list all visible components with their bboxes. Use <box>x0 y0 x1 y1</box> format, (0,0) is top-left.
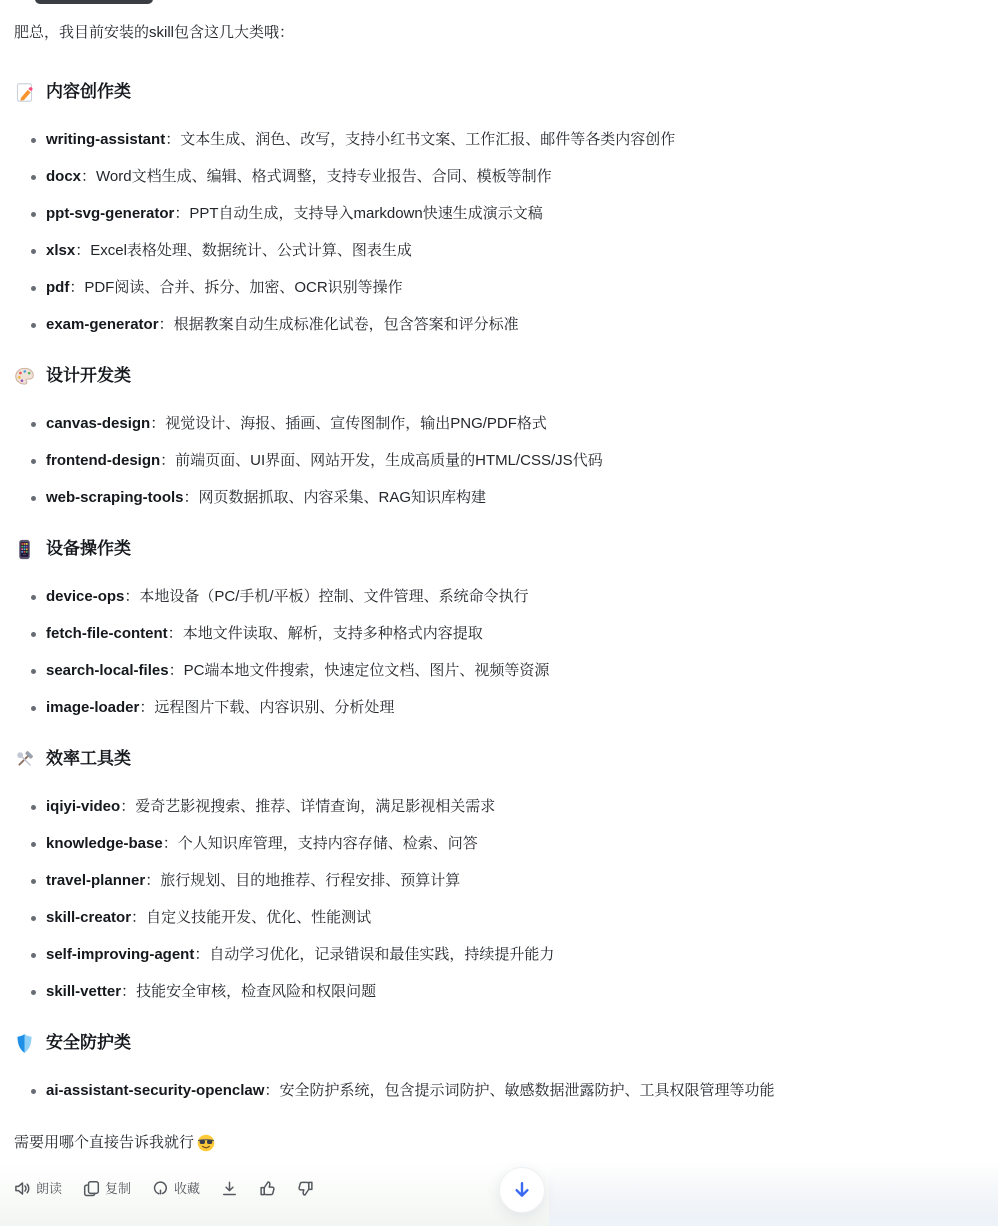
skill-description: PC端本地文件搜索，快速定位文档、图片、视频等资源 <box>184 662 550 679</box>
section-header: 效率工具类 <box>14 747 984 771</box>
skill-list-item: travel-planner：旅行规划、目的地推荐、行程安排、预算计算 <box>31 870 984 892</box>
skill-separator: ： <box>75 242 90 259</box>
copy-label: 复制 <box>105 1180 131 1197</box>
closing-text: 需要用哪个直接告诉我就行 <box>14 1132 984 1154</box>
skill-list-item: writing-assistant：文本生成、润色、改写，支持小红书文案、工作汇… <box>31 129 984 151</box>
skill-separator: ： <box>168 625 183 642</box>
skill-list-item: search-local-files：PC端本地文件搜索，快速定位文档、图片、视… <box>31 660 984 682</box>
palette-icon <box>14 366 35 387</box>
skill-name: frontend-design <box>46 452 160 469</box>
skill-list: writing-assistant：文本生成、润色、改写，支持小红书文案、工作汇… <box>14 129 984 336</box>
skill-description: 安全防护系统，包含提示词防护、敏感数据泄露防护、工具权限管理等功能 <box>279 1082 774 1099</box>
skill-description: 旅行规划、目的地推荐、行程安排、预算计算 <box>160 872 460 889</box>
skill-name: web-scraping-tools <box>46 489 184 506</box>
skill-name: canvas-design <box>46 415 150 432</box>
skill-name: self-improving-agent <box>46 946 194 963</box>
closing-text-span: 需要用哪个直接告诉我就行 <box>14 1132 194 1154</box>
thumbs-down-icon <box>297 1180 314 1197</box>
assistant-message: 肥总，我目前安装的skill包含这几大类哦： 内容创作类 writing-ass… <box>0 0 998 1154</box>
skill-name: knowledge-base <box>46 835 163 852</box>
section-header: 设备操作类 <box>14 537 984 561</box>
skill-section: 安全防护类 ai-assistant-security-openclaw：安全防… <box>14 1031 984 1102</box>
skill-name: ppt-svg-generator <box>46 205 174 222</box>
message-toolbar: 朗读 复制 收藏 <box>14 1180 314 1197</box>
skill-list: iqiyi-video：爱奇艺影视搜索、推荐、详情查询，满足影视相关需求 kno… <box>14 796 984 1003</box>
skill-name: skill-creator <box>46 909 131 926</box>
skill-separator: ： <box>163 835 178 852</box>
skill-list-item: web-scraping-tools：网页数据抓取、内容采集、RAG知识库构建 <box>31 487 984 509</box>
chat-page: 肥总，我目前安装的skill包含这几大类哦： 内容创作类 writing-ass… <box>0 0 998 1226</box>
skill-description: 文本生成、润色、改写，支持小红书文案、工作汇报、邮件等各类内容创作 <box>180 131 675 148</box>
section-title: 安全防护类 <box>46 1031 131 1055</box>
skill-list-item: device-ops：本地设备（PC/手机/平板）控制、文件管理、系统命令执行 <box>31 586 984 608</box>
copy-button[interactable]: 复制 <box>83 1180 131 1197</box>
skill-list: device-ops：本地设备（PC/手机/平板）控制、文件管理、系统命令执行 … <box>14 586 984 719</box>
skill-separator: ： <box>124 588 139 605</box>
section-title: 内容创作类 <box>46 80 131 104</box>
skill-list-item: canvas-design：视觉设计、海报、插画、宣传图制作，输出PNG/PDF… <box>31 413 984 435</box>
mobile-phone-icon <box>14 539 35 560</box>
section-title: 设备操作类 <box>46 537 131 561</box>
skill-separator: ： <box>174 205 189 222</box>
skill-description: PDF阅读、合并、拆分、加密、OCR识别等操作 <box>84 279 402 296</box>
download-icon <box>221 1180 238 1197</box>
skill-name: skill-vetter <box>46 983 121 1000</box>
skill-name: fetch-file-content <box>46 625 168 642</box>
skill-name: writing-assistant <box>46 131 165 148</box>
skill-separator: ： <box>165 131 180 148</box>
intro-text: 肥总，我目前安装的skill包含这几大类哦： <box>14 0 984 44</box>
skill-description: 本地文件读取、解析，支持多种格式内容提取 <box>183 625 483 642</box>
skill-name: xlsx <box>46 242 75 259</box>
skill-description: 技能安全审核，检查风险和权限问题 <box>136 983 376 1000</box>
thumbs-up-icon <box>259 1180 276 1197</box>
skill-name: travel-planner <box>46 872 145 889</box>
section-title: 效率工具类 <box>46 747 131 771</box>
skill-separator: ： <box>169 662 184 679</box>
skill-separator: ： <box>139 699 154 716</box>
skill-description: 自定义技能开发、优化、性能测试 <box>146 909 371 926</box>
skill-description: 根据教案自动生成标准化试卷，包含答案和评分标准 <box>174 316 519 333</box>
skill-section: 效率工具类 iqiyi-video：爱奇艺影视搜索、推荐、详情查询，满足影视相关… <box>14 747 984 1003</box>
skill-separator: ： <box>194 946 209 963</box>
skill-list-item: xlsx：Excel表格处理、数据统计、公式计算、图表生成 <box>31 240 984 262</box>
read-aloud-label: 朗读 <box>36 1180 62 1197</box>
copy-icon <box>83 1180 100 1197</box>
skill-separator: ： <box>69 279 84 296</box>
skill-description: 网页数据抓取、内容采集、RAG知识库构建 <box>199 489 487 506</box>
previous-message-fragment <box>35 0 153 4</box>
skill-description: 视觉设计、海报、插画、宣传图制作，输出PNG/PDF格式 <box>165 415 547 432</box>
skill-separator: ： <box>121 983 136 1000</box>
skill-separator: ： <box>184 489 199 506</box>
skill-separator: ： <box>120 798 135 815</box>
skill-list-item: fetch-file-content：本地文件读取、解析，支持多种格式内容提取 <box>31 623 984 645</box>
skill-description: 个人知识库管理，支持内容存储、检索、问答 <box>178 835 478 852</box>
skill-separator: ： <box>264 1082 279 1099</box>
skill-description: 前端页面、UI界面、网站开发，生成高质量的HTML/CSS/JS代码 <box>175 452 603 469</box>
skill-name: docx <box>46 168 81 185</box>
skill-name: exam-generator <box>46 316 159 333</box>
skill-name: ai-assistant-security-openclaw <box>46 1082 264 1099</box>
skill-list-item: skill-creator：自定义技能开发、优化、性能测试 <box>31 907 984 929</box>
skill-description: Word文档生成、编辑、格式调整，支持专业报告、合同、模板等制作 <box>96 168 552 185</box>
skill-separator: ： <box>81 168 96 185</box>
thumbs-down-button[interactable] <box>297 1180 314 1197</box>
skill-name: device-ops <box>46 588 124 605</box>
section-title: 设计开发类 <box>46 364 131 388</box>
section-header: 内容创作类 <box>14 80 984 104</box>
skill-sections: 内容创作类 writing-assistant：文本生成、润色、改写，支持小红书… <box>14 80 984 1102</box>
speaker-icon <box>14 1180 31 1197</box>
skill-section: 设计开发类 canvas-design：视觉设计、海报、插画、宣传图制作，输出P… <box>14 364 984 509</box>
skill-list: canvas-design：视觉设计、海报、插画、宣传图制作，输出PNG/PDF… <box>14 413 984 509</box>
smiling-face-with-sunglasses-emoji <box>197 1134 215 1152</box>
skill-list-item: frontend-design：前端页面、UI界面、网站开发，生成高质量的HTM… <box>31 450 984 472</box>
arrow-down-icon <box>511 1179 533 1201</box>
skill-separator: ： <box>160 452 175 469</box>
skill-list-item: docx：Word文档生成、编辑、格式调整，支持专业报告、合同、模板等制作 <box>31 166 984 188</box>
skill-separator: ： <box>150 415 165 432</box>
hammer-wrench-icon <box>14 749 35 770</box>
skill-list-item: ppt-svg-generator：PPT自动生成，支持导入markdown快速… <box>31 203 984 225</box>
skill-description: 爱奇艺影视搜索、推荐、详情查询，满足影视相关需求 <box>135 798 495 815</box>
skill-list-item: ai-assistant-security-openclaw：安全防护系统，包含… <box>31 1080 984 1102</box>
skill-name: search-local-files <box>46 662 169 679</box>
memo-icon <box>14 82 35 103</box>
skill-list-item: self-improving-agent：自动学习优化，记录错误和最佳实践，持续… <box>31 944 984 966</box>
skill-description: 远程图片下载、内容识别、分析处理 <box>154 699 394 716</box>
shield-icon <box>14 1033 35 1054</box>
skill-separator: ： <box>131 909 146 926</box>
skill-name: pdf <box>46 279 69 296</box>
download-button[interactable] <box>221 1180 238 1197</box>
skill-list-item: iqiyi-video：爱奇艺影视搜索、推荐、详情查询，满足影视相关需求 <box>31 796 984 818</box>
skill-separator: ： <box>159 316 174 333</box>
skill-name: image-loader <box>46 699 139 716</box>
skill-description: 本地设备（PC/手机/平板）控制、文件管理、系统命令执行 <box>139 588 528 605</box>
skill-description: 自动学习优化，记录错误和最佳实践，持续提升能力 <box>209 946 554 963</box>
skill-separator: ： <box>145 872 160 889</box>
read-aloud-button[interactable]: 朗读 <box>14 1180 62 1197</box>
skill-list-item: skill-vetter：技能安全审核，检查风险和权限问题 <box>31 981 984 1003</box>
thumbs-up-button[interactable] <box>259 1180 276 1197</box>
skill-description: Excel表格处理、数据统计、公式计算、图表生成 <box>90 242 412 259</box>
scroll-to-bottom-button[interactable] <box>499 1167 545 1213</box>
skill-list-item: exam-generator：根据教案自动生成标准化试卷，包含答案和评分标准 <box>31 314 984 336</box>
skill-list: ai-assistant-security-openclaw：安全防护系统，包含… <box>14 1080 984 1102</box>
skill-description: PPT自动生成，支持导入markdown快速生成演示文稿 <box>189 205 542 222</box>
skill-list-item: image-loader：远程图片下载、内容识别、分析处理 <box>31 697 984 719</box>
favorite-button[interactable]: 收藏 <box>152 1180 200 1197</box>
skill-list-item: pdf：PDF阅读、合并、拆分、加密、OCR识别等操作 <box>31 277 984 299</box>
skill-section: 内容创作类 writing-assistant：文本生成、润色、改写，支持小红书… <box>14 80 984 336</box>
favorite-label: 收藏 <box>174 1180 200 1197</box>
section-header: 安全防护类 <box>14 1031 984 1055</box>
skill-name: iqiyi-video <box>46 798 120 815</box>
section-header: 设计开发类 <box>14 364 984 388</box>
skill-list-item: knowledge-base：个人知识库管理，支持内容存储、检索、问答 <box>31 833 984 855</box>
skill-section: 设备操作类 device-ops：本地设备（PC/手机/平板）控制、文件管理、系… <box>14 537 984 719</box>
favorite-icon <box>152 1180 169 1197</box>
